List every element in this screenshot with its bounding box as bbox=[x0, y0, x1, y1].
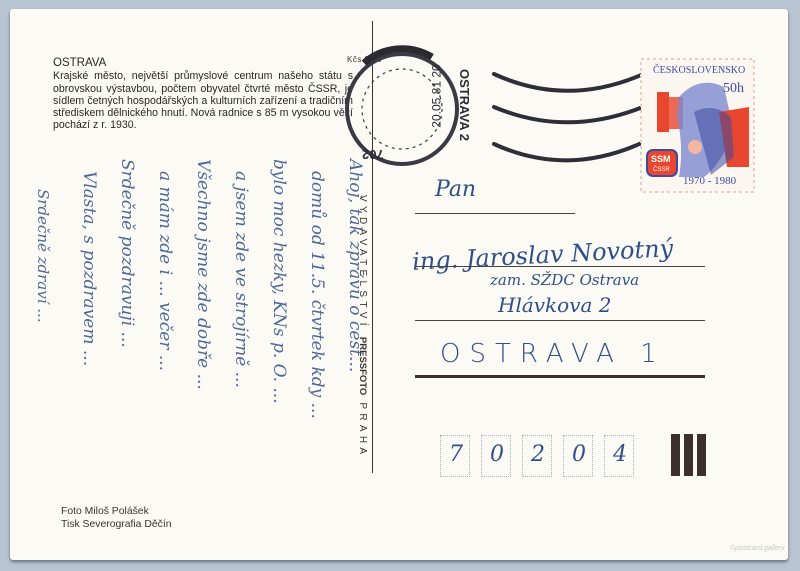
stamp-emblem-sub: ČSSR bbox=[653, 167, 670, 173]
postal-bar-2 bbox=[684, 434, 693, 476]
address-line-4 bbox=[415, 375, 705, 378]
stamp-emblem: SSM bbox=[651, 154, 671, 164]
address-street: Hlávkova 2 bbox=[498, 293, 612, 317]
postal-code-digit: 0 bbox=[563, 435, 593, 477]
address-line-3 bbox=[415, 320, 705, 321]
postmark-text: OSTRAVA 2 bbox=[457, 69, 472, 141]
postmark-date: 20.05.81 20 bbox=[430, 64, 444, 127]
stamp-country: ČESKOSLOVENSKO bbox=[653, 65, 745, 76]
postal-bar-3 bbox=[697, 434, 706, 476]
postal-code-digit: 7 bbox=[440, 435, 470, 477]
address-city: OSTRAVA 1 bbox=[440, 339, 666, 369]
postal-bar-1 bbox=[671, 434, 680, 476]
stamp-value: 50h bbox=[723, 81, 744, 97]
postcard: OSTRAVA Krajské město, největší průmyslo… bbox=[10, 9, 788, 560]
address-salutation: Pan bbox=[435, 177, 476, 202]
address-line2-text: zam. SŽDC Ostrava bbox=[490, 271, 639, 289]
address-line-1 bbox=[415, 213, 575, 214]
postal-code-digit: 2 bbox=[522, 435, 552, 477]
postage-stamp: ČESKOSLOVENSKO 50h SSM ČSSR 1970 - 1980 bbox=[639, 57, 756, 194]
postmark-city: OSTRAVA 2 bbox=[457, 69, 472, 141]
cancellation-lines bbox=[494, 71, 650, 160]
postal-code-digit: 0 bbox=[481, 435, 511, 477]
watermark: ©postcard.gallery bbox=[730, 545, 785, 552]
stamp-years: 1970 - 1980 bbox=[683, 175, 736, 187]
postal-code-digit: 4 bbox=[604, 435, 634, 477]
address-line-2 bbox=[415, 266, 705, 267]
postmark-code: 702 bbox=[362, 147, 384, 162]
